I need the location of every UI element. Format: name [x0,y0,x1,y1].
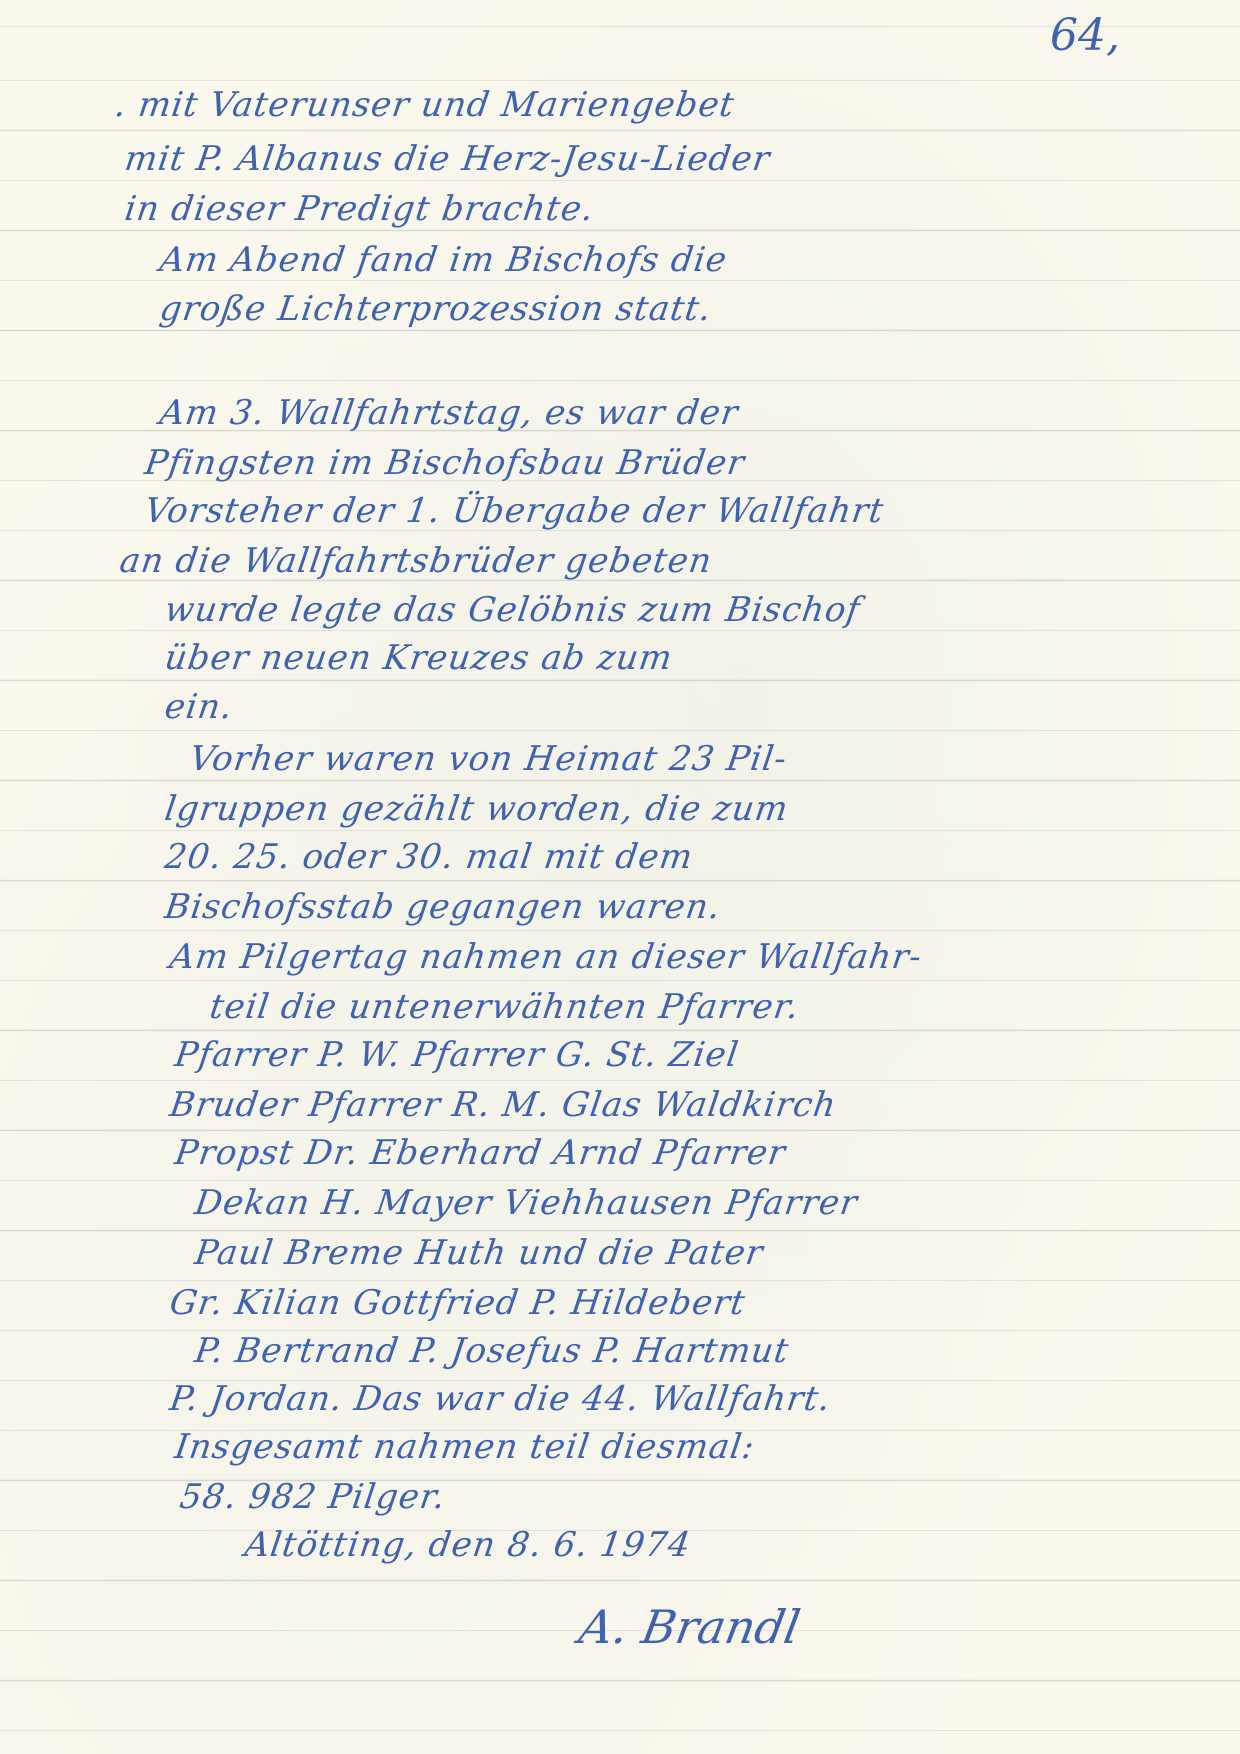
handwritten-line: teil die untenerwähnten Pfarrer. [208,990,802,1024]
handwritten-line: wurde legte das Gelöbnis zum Bischof [163,593,863,627]
handwritten-line: Paul Breme Huth und die Pater [193,1236,766,1270]
signature: A. Brandl [575,1600,804,1654]
handwritten-line: Gr. Kilian Gottfried P. Hildebert [168,1286,748,1320]
handwritten-line: Am 3. Wallfahrtstag, es war der [158,396,741,430]
handwritten-line: Pfarrer P. W. Pfarrer G. St. Ziel [173,1038,741,1072]
handwritten-line: Am Pilgertag nahmen an dieser Wallfahr- [168,940,925,974]
handwritten-line: . mit Vaterunser und Mariengebet [113,88,737,122]
page-number: 64, [1050,10,1120,61]
handwritten-line: Insgesamt nahmen teil diesmal: [173,1430,757,1464]
handwritten-line: Am Abend fand im Bischofs die [158,243,730,277]
handwritten-line: Altötting, den 8. 6. 1974 [243,1528,693,1562]
handwritten-line: lgruppen gezählt worden, die zum [163,792,791,826]
handwritten-line: ein. [163,690,235,724]
handwritten-line: Vorher waren von Heimat 23 Pil- [188,742,790,776]
handwritten-line: P. Bertrand P. Josefus P. Hartmut [193,1334,792,1368]
handwritten-line: mit P. Albanus die Herz-Jesu-Lieder [123,142,773,176]
handwritten-line: Vorsteher der 1. Übergabe der Wallfahrt [143,494,887,528]
handwritten-line: an die Wallfahrtsbrüder gebeten [118,544,715,578]
handwritten-line: 58. 982 Pilger. [178,1480,448,1514]
handwritten-line: Dekan H. Mayer Viehhausen Pfarrer [193,1186,860,1220]
handwritten-line: über neuen Kreuzes ab zum [163,641,675,675]
handwritten-line: Bischofsstab gegangen waren. [163,890,723,924]
handwritten-line: Bruder Pfarrer R. M. Glas Waldkirch [168,1088,839,1122]
handwritten-line: Propst Dr. Eberhard Arnd Pfarrer [173,1136,788,1170]
handwritten-line: Pfingsten im Bischofsbau Brüder [143,446,747,480]
handwritten-line: 20. 25. oder 30. mal mit dem [163,840,696,874]
handwritten-line: in dieser Predigt brachte. [123,192,597,226]
handwritten-line: große Lichterprozession statt. [158,292,714,326]
handwritten-line: P. Jordan. Das war die 44. Wallfahrt. [168,1382,833,1416]
